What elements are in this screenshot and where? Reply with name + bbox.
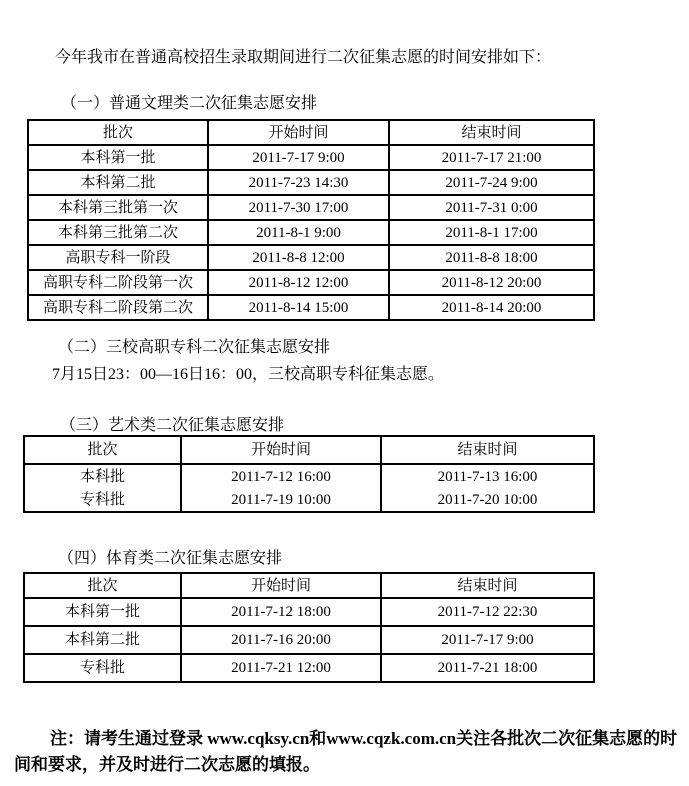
cell-end-time: 2011-7-24 9:00 bbox=[389, 170, 594, 195]
column-header-start-time: 开始时间 bbox=[181, 573, 381, 598]
cell-batch: 本科批 bbox=[24, 464, 181, 488]
section-heading-sports: （四）体育类二次征集志愿安排 bbox=[58, 545, 282, 568]
column-header-batch: 批次 bbox=[24, 436, 181, 464]
cell-start-time: 2011-7-19 10:00 bbox=[181, 488, 381, 512]
table-row: 本科第二批 2011-7-23 14:30 2011-7-24 9:00 bbox=[28, 170, 594, 195]
column-header-start-time: 开始时间 bbox=[208, 120, 389, 145]
sanxiao-schedule-text: 7月15日23：00—16日16：00，三校高职专科征集志愿。 bbox=[52, 361, 444, 384]
cell-end-time: 2011-8-12 20:00 bbox=[389, 270, 594, 295]
table-row: 本科第一批 2011-7-17 9:00 2011-7-17 21:00 bbox=[28, 145, 594, 170]
cell-end-time: 2011-7-21 18:00 bbox=[381, 654, 594, 682]
cell-batch: 高职专科二阶段第二次 bbox=[28, 295, 208, 320]
cell-start-time: 2011-7-23 14:30 bbox=[208, 170, 389, 195]
cell-start-time: 2011-7-30 17:00 bbox=[208, 195, 389, 220]
cell-batch: 本科第一批 bbox=[24, 598, 181, 626]
table-body: 本科第一批 2011-7-12 18:00 2011-7-12 22:30 本科… bbox=[24, 598, 594, 682]
table-row: 专科批 2011-7-19 10:00 2011-7-20 10:00 bbox=[24, 488, 594, 512]
table-head: 批次 开始时间 结束时间 bbox=[24, 573, 594, 598]
cell-end-time: 2011-7-13 16:00 bbox=[381, 464, 594, 488]
cell-end-time: 2011-7-20 10:00 bbox=[381, 488, 594, 512]
table-sports-batches: 批次 开始时间 结束时间 本科第一批 2011-7-12 18:00 2011-… bbox=[23, 572, 595, 683]
cell-end-time: 2011-7-12 22:30 bbox=[381, 598, 594, 626]
column-header-batch: 批次 bbox=[24, 573, 181, 598]
table-row: 高职专科一阶段 2011-8-8 12:00 2011-8-8 18:00 bbox=[28, 245, 594, 270]
table-row: 本科第二批 2011-7-16 20:00 2011-7-17 9:00 bbox=[24, 626, 594, 654]
table-row: 本科第三批第一次 2011-7-30 17:00 2011-7-31 0:00 bbox=[28, 195, 594, 220]
section-heading-sanxiao: （二）三校高职专科二次征集志愿安排 bbox=[58, 334, 330, 357]
cell-batch: 本科第二批 bbox=[28, 170, 208, 195]
table-row: 本科批 2011-7-12 16:00 2011-7-13 16:00 bbox=[24, 464, 594, 488]
table-row: 专科批 2011-7-21 12:00 2011-7-21 18:00 bbox=[24, 654, 594, 682]
cell-batch: 本科第二批 bbox=[24, 626, 181, 654]
table-art-batches: 批次 开始时间 结束时间 本科批 2011-7-12 16:00 2011-7-… bbox=[23, 435, 595, 513]
cell-batch: 本科第三批第二次 bbox=[28, 220, 208, 245]
column-header-batch: 批次 bbox=[28, 120, 208, 145]
cell-end-time: 2011-7-17 9:00 bbox=[381, 626, 594, 654]
table-head: 批次 开始时间 结束时间 bbox=[24, 436, 594, 464]
table-body: 本科第一批 2011-7-17 9:00 2011-7-17 21:00 本科第… bbox=[28, 145, 594, 320]
column-header-end-time: 结束时间 bbox=[389, 120, 594, 145]
cell-start-time: 2011-7-17 9:00 bbox=[208, 145, 389, 170]
cell-start-time: 2011-7-12 16:00 bbox=[181, 464, 381, 488]
table-header-row: 批次 开始时间 结束时间 bbox=[24, 436, 594, 464]
cell-batch: 高职专科一阶段 bbox=[28, 245, 208, 270]
column-header-start-time: 开始时间 bbox=[181, 436, 381, 464]
cell-start-time: 2011-8-14 15:00 bbox=[208, 295, 389, 320]
cell-batch: 本科第一批 bbox=[28, 145, 208, 170]
cell-end-time: 2011-8-8 18:00 bbox=[389, 245, 594, 270]
footer-note: 注：请考生通过登录 www.cqksy.cn和www.cqzk.com.cn关注… bbox=[14, 726, 680, 778]
table-row: 高职专科二阶段第二次 2011-8-14 15:00 2011-8-14 20:… bbox=[28, 295, 594, 320]
cell-end-time: 2011-7-17 21:00 bbox=[389, 145, 594, 170]
table-general-batches: 批次 开始时间 结束时间 本科第一批 2011-7-17 9:00 2011-7… bbox=[27, 119, 595, 321]
column-header-end-time: 结束时间 bbox=[381, 436, 594, 464]
table-header-row: 批次 开始时间 结束时间 bbox=[28, 120, 594, 145]
table-row: 本科第三批第二次 2011-8-1 9:00 2011-8-1 17:00 bbox=[28, 220, 594, 245]
section-heading-general: （一）普通文理类二次征集志愿安排 bbox=[61, 90, 317, 113]
table-row: 本科第一批 2011-7-12 18:00 2011-7-12 22:30 bbox=[24, 598, 594, 626]
cell-start-time: 2011-7-21 12:00 bbox=[181, 654, 381, 682]
cell-end-time: 2011-7-31 0:00 bbox=[389, 195, 594, 220]
cell-start-time: 2011-8-12 12:00 bbox=[208, 270, 389, 295]
cell-start-time: 2011-8-1 9:00 bbox=[208, 220, 389, 245]
cell-batch: 高职专科二阶段第一次 bbox=[28, 270, 208, 295]
document-page: 今年我市在普通高校招生录取期间进行二次征集志愿的时间安排如下： （一）普通文理类… bbox=[0, 0, 689, 786]
cell-start-time: 2011-7-12 18:00 bbox=[181, 598, 381, 626]
cell-batch: 专科批 bbox=[24, 488, 181, 512]
cell-batch: 本科第三批第一次 bbox=[28, 195, 208, 220]
table-body: 本科批 2011-7-12 16:00 2011-7-13 16:00 专科批 … bbox=[24, 464, 594, 512]
intro-paragraph: 今年我市在普通高校招生录取期间进行二次征集志愿的时间安排如下： bbox=[55, 44, 551, 67]
column-header-end-time: 结束时间 bbox=[381, 573, 594, 598]
cell-batch: 专科批 bbox=[24, 654, 181, 682]
cell-end-time: 2011-8-14 20:00 bbox=[389, 295, 594, 320]
cell-end-time: 2011-8-1 17:00 bbox=[389, 220, 594, 245]
table-head: 批次 开始时间 结束时间 bbox=[28, 120, 594, 145]
table-header-row: 批次 开始时间 结束时间 bbox=[24, 573, 594, 598]
cell-start-time: 2011-8-8 12:00 bbox=[208, 245, 389, 270]
cell-start-time: 2011-7-16 20:00 bbox=[181, 626, 381, 654]
section-heading-art: （三）艺术类二次征集志愿安排 bbox=[60, 412, 284, 435]
table-row: 高职专科二阶段第一次 2011-8-12 12:00 2011-8-12 20:… bbox=[28, 270, 594, 295]
